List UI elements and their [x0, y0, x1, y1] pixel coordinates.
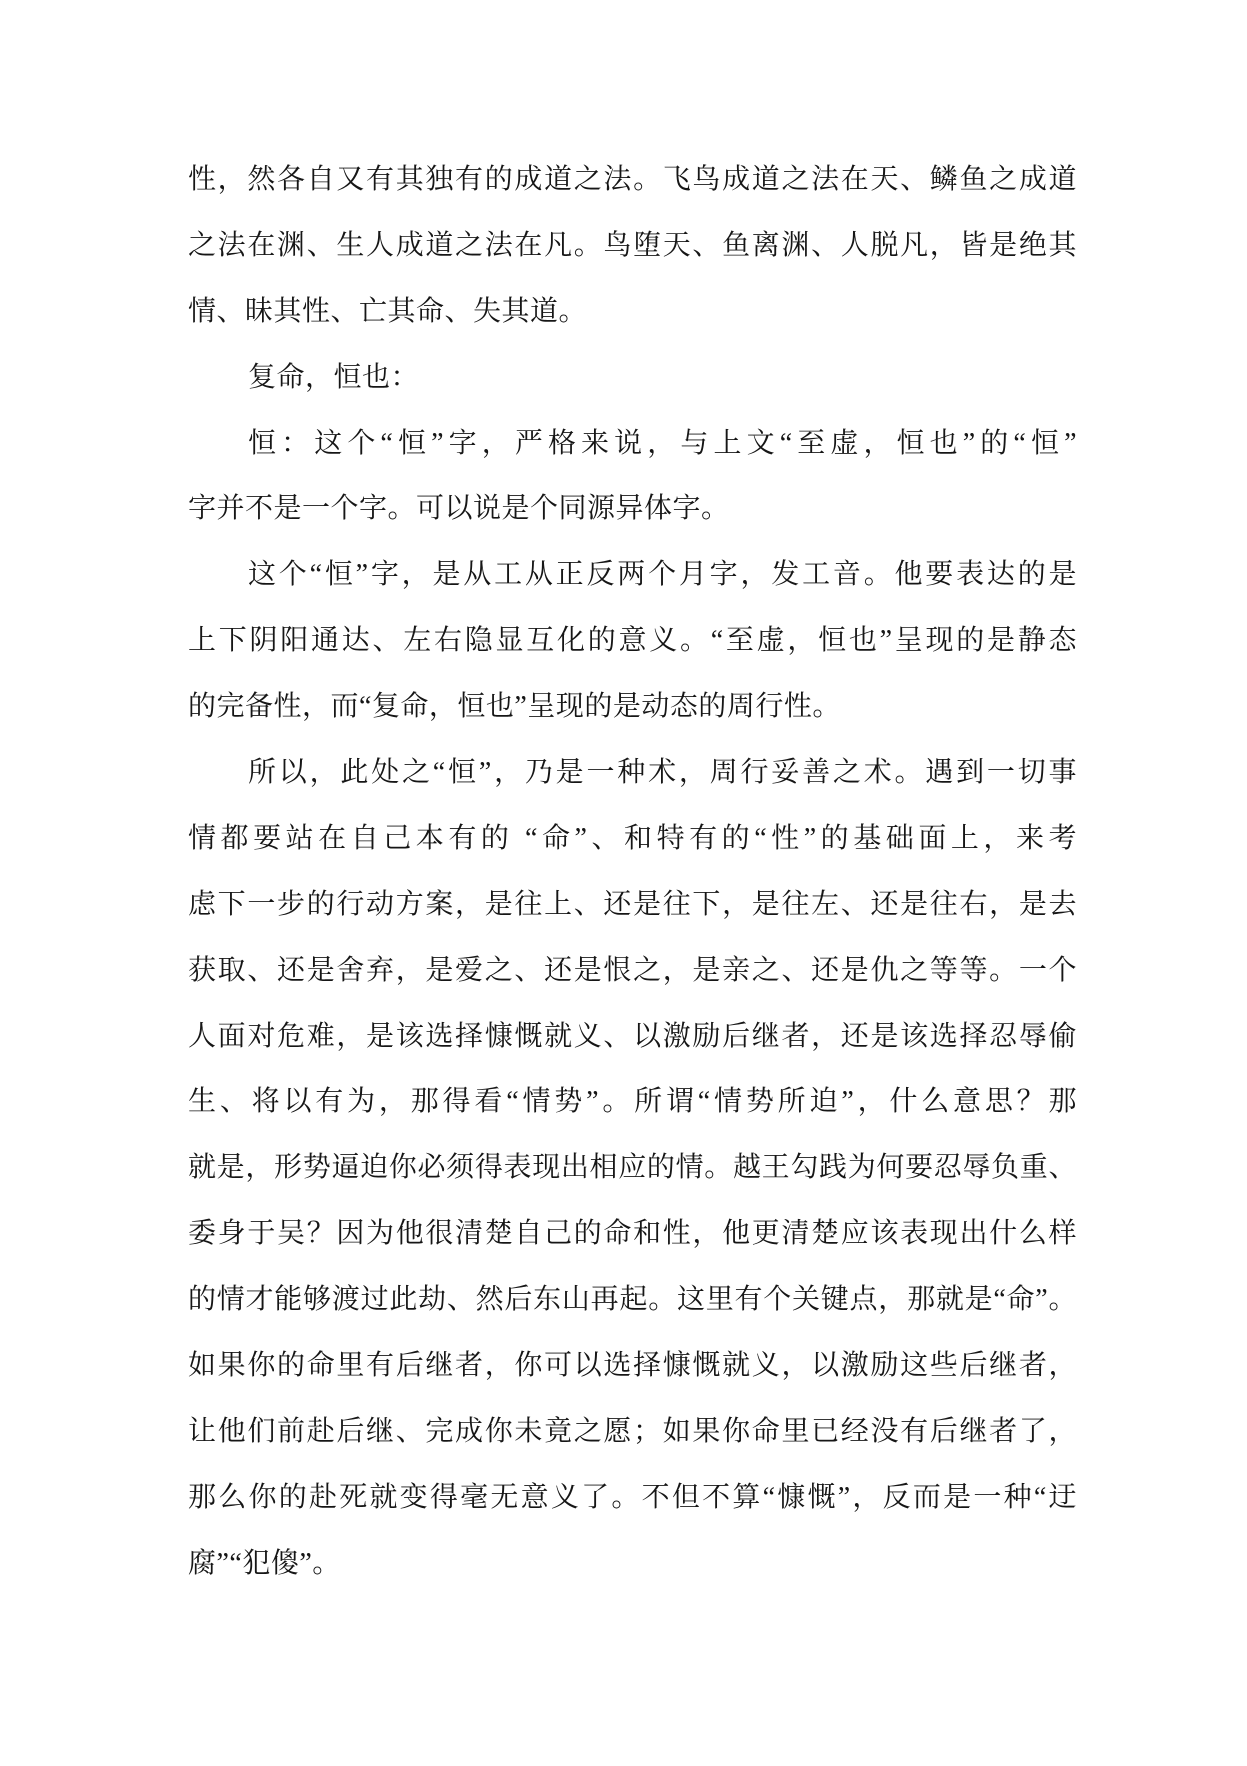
text-line: 就是，形势逼迫你必须得表现出相应的情。越王勾践为何要忍辱负重、	[188, 1135, 1077, 1201]
text-line: 虑下一步的行动方案，是往上、还是往下，是往左、还是往右，是去	[188, 872, 1077, 938]
text-line: 所以，此处之“恒”，乃是一种术，周行妥善之术。遇到一切事	[188, 740, 1077, 806]
text-line: 情、昧其性、亡其命、失其道。	[188, 279, 1077, 345]
text-line: 生、将以有为，那得看“情势”。所谓“情势所迫”，什么意思？那	[188, 1069, 1077, 1135]
text-line: 让他们前赴后继、完成你未竟之愿；如果你命里已经没有后继者了，	[188, 1399, 1077, 1465]
text-line: 的完备性，而“复命，恒也”呈现的是动态的周行性。	[188, 674, 1077, 740]
text-line: 之法在渊、生人成道之法在凡。鸟堕天、鱼离渊、人脱凡，皆是绝其	[188, 213, 1077, 279]
text-line: 这个“恒”字，是从工从正反两个月字，发工音。他要表达的是	[188, 542, 1077, 608]
text-line: 如果你的命里有后继者，你可以选择慷慨就义，以激励这些后继者，	[188, 1333, 1077, 1399]
text-line: 上下阴阳通达、左右隐显互化的意义。“至虚，恒也”呈现的是静态	[188, 608, 1077, 674]
text-line: 的情才能够渡过此劫、然后东山再起。这里有个关键点，那就是“命”。	[188, 1267, 1077, 1333]
text-line: 字并不是一个字。可以说是个同源异体字。	[188, 476, 1077, 542]
text-line: 性，然各自又有其独有的成道之法。飞鸟成道之法在天、鳞鱼之成道	[188, 147, 1077, 213]
text-line: 获取、还是舍弃，是爱之、还是恨之，是亲之、还是仇之等等。一个	[188, 938, 1077, 1004]
text-line: 人面对危难，是该选择慷慨就义、以激励后继者，还是该选择忍辱偷	[188, 1004, 1077, 1070]
text-line: 复命，恒也：	[188, 345, 1077, 411]
text-line: 那么你的赴死就变得毫无意义了。不但不算“慷慨”，反而是一种“迂	[188, 1465, 1077, 1531]
text-line: 情都要站在自己本有的 “命”、和特有的“性”的基础面上，来考	[188, 806, 1077, 872]
text-line: 恒：这个“恒”字，严格来说，与上文“至虚，恒也”的“恒”	[188, 411, 1077, 477]
document-page: 性，然各自又有其独有的成道之法。飞鸟成道之法在天、鳞鱼之成道 之法在渊、生人成道…	[0, 0, 1247, 1766]
text-line: 腐”“犯傻”。	[188, 1531, 1077, 1597]
text-line: 委身于吴？因为他很清楚自己的命和性，他更清楚应该表现出什么样	[188, 1201, 1077, 1267]
